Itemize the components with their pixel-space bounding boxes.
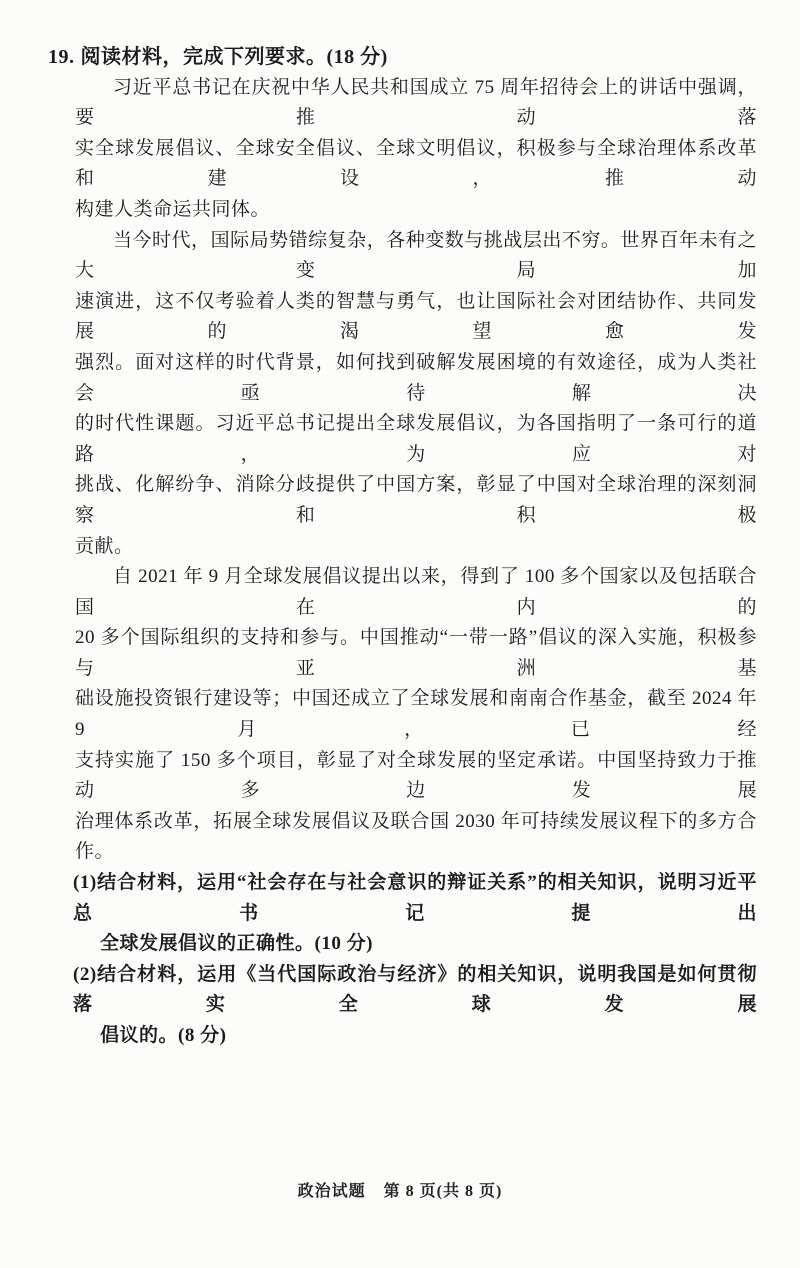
material-paragraph-2: 当今时代，国际局势错综复杂，各种变数与挑战层出不穷。世界百年未有之大变局加 速演… bbox=[75, 226, 757, 563]
question-header: 19.阅读材料，完成下列要求。(18 分) bbox=[48, 42, 757, 73]
exam-page: 19.阅读材料，完成下列要求。(18 分) 习近平总书记在庆祝中华人民共和国成立… bbox=[0, 0, 800, 1268]
text-line: 贡献。 bbox=[75, 532, 757, 563]
question-number: 19. bbox=[48, 46, 75, 68]
text-line: 础设施投资银行建设等；中国还成立了全球发展和南南合作基金，截至 2024 年 9… bbox=[75, 684, 757, 745]
question-stem: 阅读材料，完成下列要求。(18 分) bbox=[81, 46, 388, 68]
question-block: 19.阅读材料，完成下列要求。(18 分) 习近平总书记在庆祝中华人民共和国成立… bbox=[75, 42, 757, 1052]
text-line: 构建人类命运共同体。 bbox=[75, 195, 757, 226]
text-line: 当今时代，国际局势错综复杂，各种变数与挑战层出不穷。世界百年未有之大变局加 bbox=[75, 226, 757, 287]
footer-page-indicator: 第 8 页(共 8 页) bbox=[384, 1183, 503, 1200]
text-line: 倡议的。(8 分) bbox=[100, 1021, 757, 1052]
text-line: (2)结合材料，运用《当代国际政治与经济》的相关知识，说明我国是如何贯彻落实全球… bbox=[73, 960, 757, 1021]
text-line: 的时代性课题。习近平总书记提出全球发展倡议，为各国指明了一条可行的道路，为应对 bbox=[75, 409, 757, 470]
text-line: 强烈。面对这样的时代背景，如何找到破解发展困境的有效途径，成为人类社会亟待解决 bbox=[75, 348, 757, 409]
text-line: 支持实施了 150 多个项目，彰显了对全球发展的坚定承诺。中国坚持致力于推动多边… bbox=[75, 746, 757, 807]
text-line: 20 多个国际组织的支持和参与。中国推动“一带一路”倡议的深入实施，积极参与亚洲… bbox=[75, 623, 757, 684]
text-line: 挑战、化解纷争、消除分歧提供了中国方案，彰显了中国对全球治理的深刻洞察和积极 bbox=[75, 470, 757, 531]
text-line: 习近平总书记在庆祝中华人民共和国成立 75 周年招待会上的讲话中强调，要推动落 bbox=[75, 73, 757, 134]
footer-doc-title: 政治试题 bbox=[298, 1183, 366, 1200]
text-line: 实全球发展倡议、全球安全倡议、全球文明倡议，积极参与全球治理体系改革和建设，推动 bbox=[75, 134, 757, 195]
text-line: 速演进，这不仅考验着人类的智慧与勇气，也让国际社会对团结协作、共同发展的渴望愈发 bbox=[75, 287, 757, 348]
material-paragraph-3: 自 2021 年 9 月全球发展倡议提出以来，得到了 100 多个国家以及包括联… bbox=[75, 562, 757, 868]
text-line: (1)结合材料，运用“社会存在与社会意识的辩证关系”的相关知识，说明习近平总书记… bbox=[73, 868, 757, 929]
text-line: 治理体系改革，拓展全球发展倡议及联合国 2030 年可持续发展议程下的多方合作。 bbox=[75, 807, 757, 868]
subquestion-2: (2)结合材料，运用《当代国际政治与经济》的相关知识，说明我国是如何贯彻落实全球… bbox=[75, 960, 757, 1052]
text-line: 全球发展倡议的正确性。(10 分) bbox=[100, 929, 757, 960]
text-line: 自 2021 年 9 月全球发展倡议提出以来，得到了 100 多个国家以及包括联… bbox=[75, 562, 757, 623]
page-footer: 政治试题第 8 页(共 8 页) bbox=[0, 1178, 800, 1201]
subquestions: (1)结合材料，运用“社会存在与社会意识的辩证关系”的相关知识，说明习近平总书记… bbox=[75, 868, 757, 1052]
subquestion-1: (1)结合材料，运用“社会存在与社会意识的辩证关系”的相关知识，说明习近平总书记… bbox=[75, 868, 757, 960]
material-paragraph-1: 习近平总书记在庆祝中华人民共和国成立 75 周年招待会上的讲话中强调，要推动落 … bbox=[75, 73, 757, 226]
material-text: 习近平总书记在庆祝中华人民共和国成立 75 周年招待会上的讲话中强调，要推动落 … bbox=[75, 73, 757, 868]
